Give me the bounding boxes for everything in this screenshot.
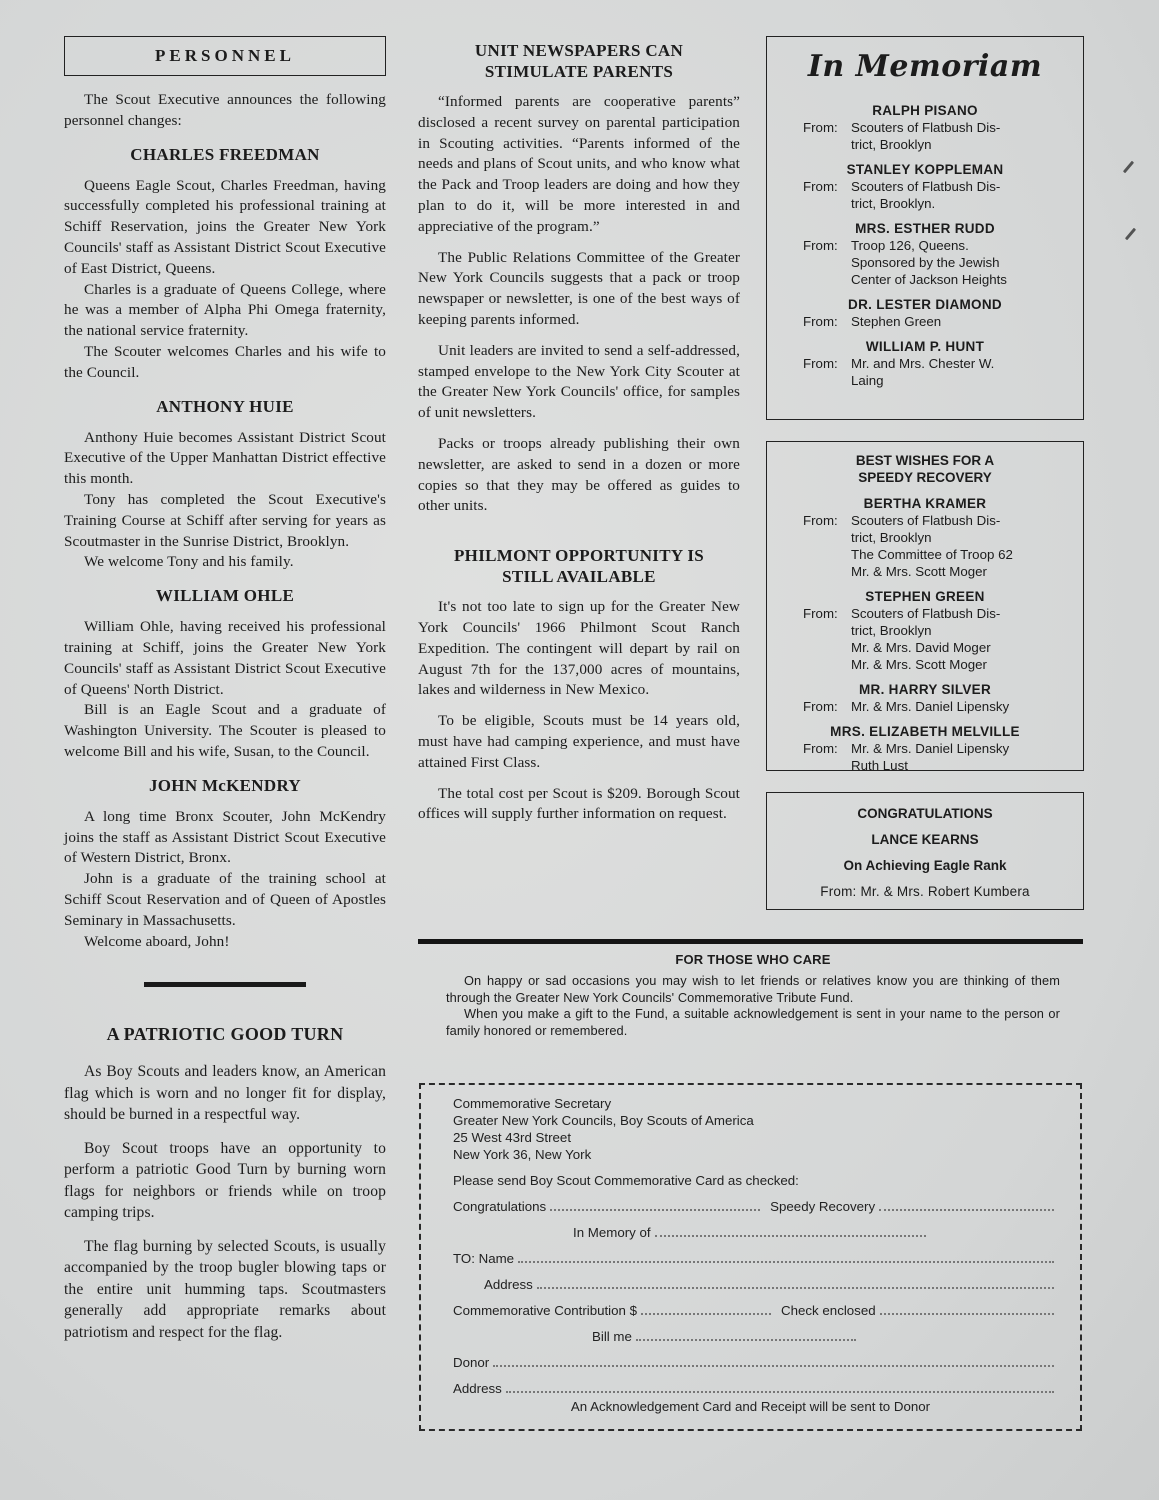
from-line: trict, Brooklyn. bbox=[851, 195, 1000, 212]
from-lines: Mr. and Mrs. Chester W.Laing bbox=[851, 355, 994, 389]
from-label: From: bbox=[803, 237, 851, 288]
to-name-label: TO: Name bbox=[453, 1251, 514, 1266]
from-line: Mr. & Mrs. David Moger bbox=[851, 639, 1000, 656]
personnel-william-ohle: WILLIAM OHLE William Ohle, having receiv… bbox=[64, 585, 386, 763]
heading-line: PHILMONT OPPORTUNITY IS bbox=[418, 545, 740, 566]
paragraph: As Boy Scouts and leaders know, an Ameri… bbox=[64, 1061, 386, 1126]
instruction-text: Please send Boy Scout Commemorative Card… bbox=[453, 1173, 799, 1188]
from-label: From: bbox=[803, 119, 851, 153]
tribute-name: MRS. ELIZABETH MELVILLE bbox=[767, 723, 1083, 740]
person-heading: WILLIAM OHLE bbox=[64, 585, 386, 607]
form-footer: An Acknowledgement Card and Receipt will… bbox=[421, 1399, 1080, 1414]
left-column: PERSONNEL The Scout Executive announces … bbox=[64, 36, 386, 1343]
donor-address-field[interactable] bbox=[506, 1391, 1054, 1393]
from-lines: Scouters of Flatbush Dis-trict, Brooklyn… bbox=[851, 178, 1000, 212]
honoree-name: LANCE KEARNS bbox=[767, 831, 1083, 848]
person-heading: ANTHONY HUIE bbox=[64, 396, 386, 418]
right-column: In Memoriam RALPH PISANOFrom:Scouters of… bbox=[766, 36, 1084, 910]
bill-me-field[interactable] bbox=[636, 1339, 856, 1341]
tribute-name: MR. HARRY SILVER bbox=[767, 681, 1083, 698]
tribute-name: STEPHEN GREEN bbox=[767, 588, 1083, 605]
for-those-who-care-section: FOR THOSE WHO CARE On happy or sad occas… bbox=[446, 952, 1060, 1039]
from-lines: Troop 126, Queens.Sponsored by the Jewis… bbox=[851, 237, 1007, 288]
from-line: Center of Jackson Heights bbox=[851, 271, 1007, 288]
paragraph: We welcome Tony and his family. bbox=[64, 552, 386, 573]
paragraph: The flag burning by selected Scouts, is … bbox=[64, 1236, 386, 1344]
tribute-name: BERTHA KRAMER bbox=[767, 495, 1083, 512]
paragraph: John is a graduate of the training schoo… bbox=[64, 869, 386, 931]
paragraph: William Ohle, having received his profes… bbox=[64, 617, 386, 700]
tribute-entry: MR. HARRY SILVERFrom:Mr. & Mrs. Daniel L… bbox=[767, 681, 1083, 715]
tribute-entry: MRS. ESTHER RUDDFrom:Troop 126, Queens.S… bbox=[767, 220, 1083, 288]
tribute-entry: WILLIAM P. HUNTFrom:Mr. and Mrs. Chester… bbox=[767, 338, 1083, 389]
address-line: New York 36, New York bbox=[453, 1146, 754, 1163]
donor-label: Donor bbox=[453, 1355, 489, 1370]
tribute-name: DR. LESTER DIAMOND bbox=[767, 296, 1083, 313]
tribute-from: From:Troop 126, Queens.Sponsored by the … bbox=[767, 237, 1083, 288]
from-line: trict, Brooklyn bbox=[851, 622, 1000, 639]
address-line: 25 West 43rd Street bbox=[453, 1129, 754, 1146]
paragraph: Anthony Huie becomes Assistant District … bbox=[64, 428, 386, 490]
from-lines: Stephen Green bbox=[851, 313, 941, 330]
paragraph: The Public Relations Committee of the Gr… bbox=[418, 248, 740, 331]
from-lines: Scouters of Flatbush Dis-trict, Brooklyn… bbox=[851, 605, 1000, 673]
contribution-label: Commemorative Contribution $ bbox=[453, 1303, 637, 1318]
from-line: From: Mr. & Mrs. Robert Kumbera bbox=[767, 883, 1083, 900]
congratulations-label: Congratulations bbox=[453, 1199, 546, 1214]
tribute-from: From:Mr. & Mrs. Daniel Lipensky bbox=[767, 698, 1083, 715]
in-memory-label: In Memory of bbox=[573, 1225, 651, 1240]
from-label: From: bbox=[803, 605, 851, 673]
article-heading: PHILMONT OPPORTUNITY IS STILL AVAILABLE bbox=[418, 545, 740, 587]
paragraph: Queens Eagle Scout, Charles Freedman, ha… bbox=[64, 176, 386, 280]
from-line: Scouters of Flatbush Dis- bbox=[851, 605, 1000, 622]
from-lines: Mr. & Mrs. Daniel Lipensky bbox=[851, 698, 1009, 715]
tribute-entry: DR. LESTER DIAMONDFrom:Stephen Green bbox=[767, 296, 1083, 330]
to-name-row: TO: Name bbox=[453, 1251, 1058, 1266]
from-line: Sponsored by the Jewish bbox=[851, 254, 1007, 271]
in-memory-field[interactable] bbox=[655, 1235, 926, 1237]
unit-newspapers-article: UNIT NEWSPAPERS CAN STIMULATE PARENTS “I… bbox=[418, 40, 740, 517]
congratulations-title: CONGRATULATIONS bbox=[767, 805, 1083, 822]
donor-field[interactable] bbox=[493, 1365, 1054, 1367]
tribute-from: From:Scouters of Flatbush Dis-trict, Bro… bbox=[767, 119, 1083, 153]
address-line: Commemorative Secretary bbox=[453, 1095, 754, 1112]
heading-line: UNIT NEWSPAPERS CAN bbox=[418, 40, 740, 61]
commemorative-card-form: Commemorative Secretary Greater New York… bbox=[419, 1083, 1082, 1431]
patriotic-good-turn-article: A PATRIOTIC GOOD TURN As Boy Scouts and … bbox=[64, 1023, 386, 1343]
in-memoriam-title: In Memoriam bbox=[767, 49, 1083, 84]
mailing-address: Commemorative Secretary Greater New York… bbox=[453, 1095, 754, 1163]
section-divider-thick bbox=[418, 939, 1083, 944]
from-line: Mr. & Mrs. Scott Moger bbox=[851, 656, 1000, 673]
paragraph: It's not too late to sign up for the Gre… bbox=[418, 597, 740, 701]
article-heading: A PATRIOTIC GOOD TURN bbox=[64, 1023, 386, 1045]
newsletter-page: PERSONNEL The Scout Executive announces … bbox=[0, 0, 1159, 1500]
tribute-from: From:Mr. & Mrs. Daniel LipenskyRuth Lust bbox=[767, 740, 1083, 774]
wishes-entries: BERTHA KRAMERFrom:Scouters of Flatbush D… bbox=[767, 495, 1083, 774]
card-type-row: Congratulations Speedy Recovery bbox=[453, 1199, 1058, 1214]
from-line: Ruth Lust bbox=[851, 757, 1009, 774]
paragraph: “Informed parents are cooperative parent… bbox=[418, 92, 740, 238]
donor-row: Donor bbox=[453, 1355, 1058, 1370]
paragraph: Charles is a graduate of Queens College,… bbox=[64, 280, 386, 342]
speedy-recovery-box: BEST WISHES FOR A SPEEDY RECOVERY BERTHA… bbox=[766, 441, 1084, 771]
paper-speck bbox=[1123, 161, 1134, 174]
personnel-charles-freedman: CHARLES FREEDMAN Queens Eagle Scout, Cha… bbox=[64, 144, 386, 384]
tribute-from: From:Scouters of Flatbush Dis-trict, Bro… bbox=[767, 605, 1083, 673]
from-lines: Scouters of Flatbush Dis-trict, Brooklyn bbox=[851, 119, 1000, 153]
to-name-field[interactable] bbox=[518, 1261, 1054, 1263]
tribute-from: From:Stephen Green bbox=[767, 313, 1083, 330]
paragraph: To be eligible, Scouts must be 14 years … bbox=[418, 711, 740, 773]
donor-address-row: Address bbox=[453, 1381, 1058, 1396]
from-line: trict, Brooklyn bbox=[851, 529, 1013, 546]
contribution-amount-field[interactable] bbox=[641, 1313, 771, 1315]
person-heading: JOHN McKENDRY bbox=[64, 775, 386, 797]
donor-address-label: Address bbox=[453, 1381, 502, 1396]
paragraph: Bill is an Eagle Scout and a graduate of… bbox=[64, 700, 386, 762]
from-line: Scouters of Flatbush Dis- bbox=[851, 512, 1013, 529]
tribute-name: RALPH PISANO bbox=[767, 102, 1083, 119]
from-line: The Committee of Troop 62 bbox=[851, 546, 1013, 563]
from-line: Mr. & Mrs. Daniel Lipensky bbox=[851, 740, 1009, 757]
from-line: Mr. & Mrs. Daniel Lipensky bbox=[851, 698, 1009, 715]
tribute-entry: RALPH PISANOFrom:Scouters of Flatbush Di… bbox=[767, 102, 1083, 153]
paragraph: On happy or sad occasions you may wish t… bbox=[446, 973, 1060, 1006]
paragraph: Packs or troops already publishing their… bbox=[418, 434, 740, 517]
heading-line: STIMULATE PARENTS bbox=[418, 61, 740, 82]
paper-speck bbox=[1125, 228, 1136, 241]
footer-note: An Acknowledgement Card and Receipt will… bbox=[571, 1399, 930, 1414]
paragraph: Unit leaders are invited to send a self-… bbox=[418, 341, 740, 424]
from-label: From: bbox=[803, 355, 851, 389]
to-address-label: Address bbox=[484, 1277, 533, 1292]
heading-line: STILL AVAILABLE bbox=[418, 566, 740, 587]
personnel-anthony-huie: ANTHONY HUIE Anthony Huie becomes Assist… bbox=[64, 396, 386, 574]
from-line: Laing bbox=[851, 372, 994, 389]
speedy-recovery-title: BEST WISHES FOR A SPEEDY RECOVERY bbox=[767, 452, 1083, 486]
person-heading: CHARLES FREEDMAN bbox=[64, 144, 386, 166]
to-address-row: Address bbox=[484, 1277, 1058, 1292]
section-divider bbox=[144, 982, 306, 987]
tribute-from: From:Scouters of Flatbush Dis-trict, Bro… bbox=[767, 512, 1083, 580]
speedy-recovery-label: Speedy Recovery bbox=[770, 1199, 875, 1214]
form-instruction: Please send Boy Scout Commemorative Card… bbox=[453, 1173, 1058, 1188]
speedy-recovery-check-field[interactable] bbox=[879, 1209, 1054, 1211]
check-enclosed-label: Check enclosed bbox=[781, 1303, 876, 1318]
personnel-john-mckendry: JOHN McKENDRY A long time Bronx Scouter,… bbox=[64, 775, 386, 953]
from-line: trict, Brooklyn bbox=[851, 136, 1000, 153]
congratulations-box: CONGRATULATIONS LANCE KEARNS On Achievin… bbox=[766, 792, 1084, 910]
from-line: Mr. and Mrs. Chester W. bbox=[851, 355, 994, 372]
paragraph: A long time Bronx Scouter, John McKendry… bbox=[64, 807, 386, 869]
tribute-entry: STANLEY KOPPLEMANFrom:Scouters of Flatbu… bbox=[767, 161, 1083, 212]
tribute-name: STANLEY KOPPLEMAN bbox=[767, 161, 1083, 178]
paragraph: When you make a gift to the Fund, a suit… bbox=[446, 1006, 1060, 1039]
from-line: Stephen Green bbox=[851, 313, 941, 330]
in-memoriam-box: In Memoriam RALPH PISANOFrom:Scouters of… bbox=[766, 36, 1084, 420]
tribute-entry: MRS. ELIZABETH MELVILLEFrom:Mr. & Mrs. D… bbox=[767, 723, 1083, 774]
tribute-from: From:Mr. and Mrs. Chester W.Laing bbox=[767, 355, 1083, 389]
tribute-from: From:Scouters of Flatbush Dis-trict, Bro… bbox=[767, 178, 1083, 212]
bill-me-label: Bill me bbox=[592, 1329, 632, 1344]
personnel-heading: PERSONNEL bbox=[64, 36, 386, 76]
check-enclosed-field[interactable] bbox=[880, 1313, 1054, 1315]
from-label: From: bbox=[803, 740, 851, 774]
from-line: Scouters of Flatbush Dis- bbox=[851, 178, 1000, 195]
from-label: From: bbox=[803, 178, 851, 212]
to-address-field[interactable] bbox=[537, 1287, 1054, 1289]
from-label: From: bbox=[803, 313, 851, 330]
paragraph: Boy Scout troops have an opportunity to … bbox=[64, 1138, 386, 1224]
philmont-article: PHILMONT OPPORTUNITY IS STILL AVAILABLE … bbox=[418, 545, 740, 825]
bill-me-row: Bill me bbox=[592, 1329, 860, 1344]
heading-line: SPEEDY RECOVERY bbox=[767, 469, 1083, 486]
paragraph: The Scouter welcomes Charles and his wif… bbox=[64, 342, 386, 384]
occasion: On Achieving Eagle Rank bbox=[767, 857, 1083, 874]
middle-column: UNIT NEWSPAPERS CAN STIMULATE PARENTS “I… bbox=[418, 40, 740, 825]
memoriam-entries: RALPH PISANOFrom:Scouters of Flatbush Di… bbox=[767, 102, 1083, 389]
from-lines: Scouters of Flatbush Dis-trict, Brooklyn… bbox=[851, 512, 1013, 580]
tribute-entry: BERTHA KRAMERFrom:Scouters of Flatbush D… bbox=[767, 495, 1083, 580]
from-line: Mr. & Mrs. Scott Moger bbox=[851, 563, 1013, 580]
address-line: Greater New York Councils, Boy Scouts of… bbox=[453, 1112, 754, 1129]
from-line: Troop 126, Queens. bbox=[851, 237, 1007, 254]
tribute-entry: STEPHEN GREENFrom:Scouters of Flatbush D… bbox=[767, 588, 1083, 673]
paragraph: Tony has completed the Scout Executive's… bbox=[64, 490, 386, 552]
congratulations-check-field[interactable] bbox=[550, 1209, 760, 1211]
heading-line: BEST WISHES FOR A bbox=[767, 452, 1083, 469]
article-heading: UNIT NEWSPAPERS CAN STIMULATE PARENTS bbox=[418, 40, 740, 82]
from-label: From: bbox=[803, 698, 851, 715]
tribute-name: MRS. ESTHER RUDD bbox=[767, 220, 1083, 237]
paragraph: The total cost per Scout is $209. Boroug… bbox=[418, 784, 740, 826]
paragraph: Welcome aboard, John! bbox=[64, 932, 386, 953]
in-memory-row: In Memory of bbox=[573, 1225, 930, 1240]
tribute-name: WILLIAM P. HUNT bbox=[767, 338, 1083, 355]
personnel-intro: The Scout Executive announces the follow… bbox=[64, 90, 386, 132]
section-heading: FOR THOSE WHO CARE bbox=[446, 952, 1060, 967]
from-label: From: bbox=[803, 512, 851, 580]
contribution-row: Commemorative Contribution $ Check enclo… bbox=[453, 1303, 1058, 1318]
from-lines: Mr. & Mrs. Daniel LipenskyRuth Lust bbox=[851, 740, 1009, 774]
from-line: Scouters of Flatbush Dis- bbox=[851, 119, 1000, 136]
